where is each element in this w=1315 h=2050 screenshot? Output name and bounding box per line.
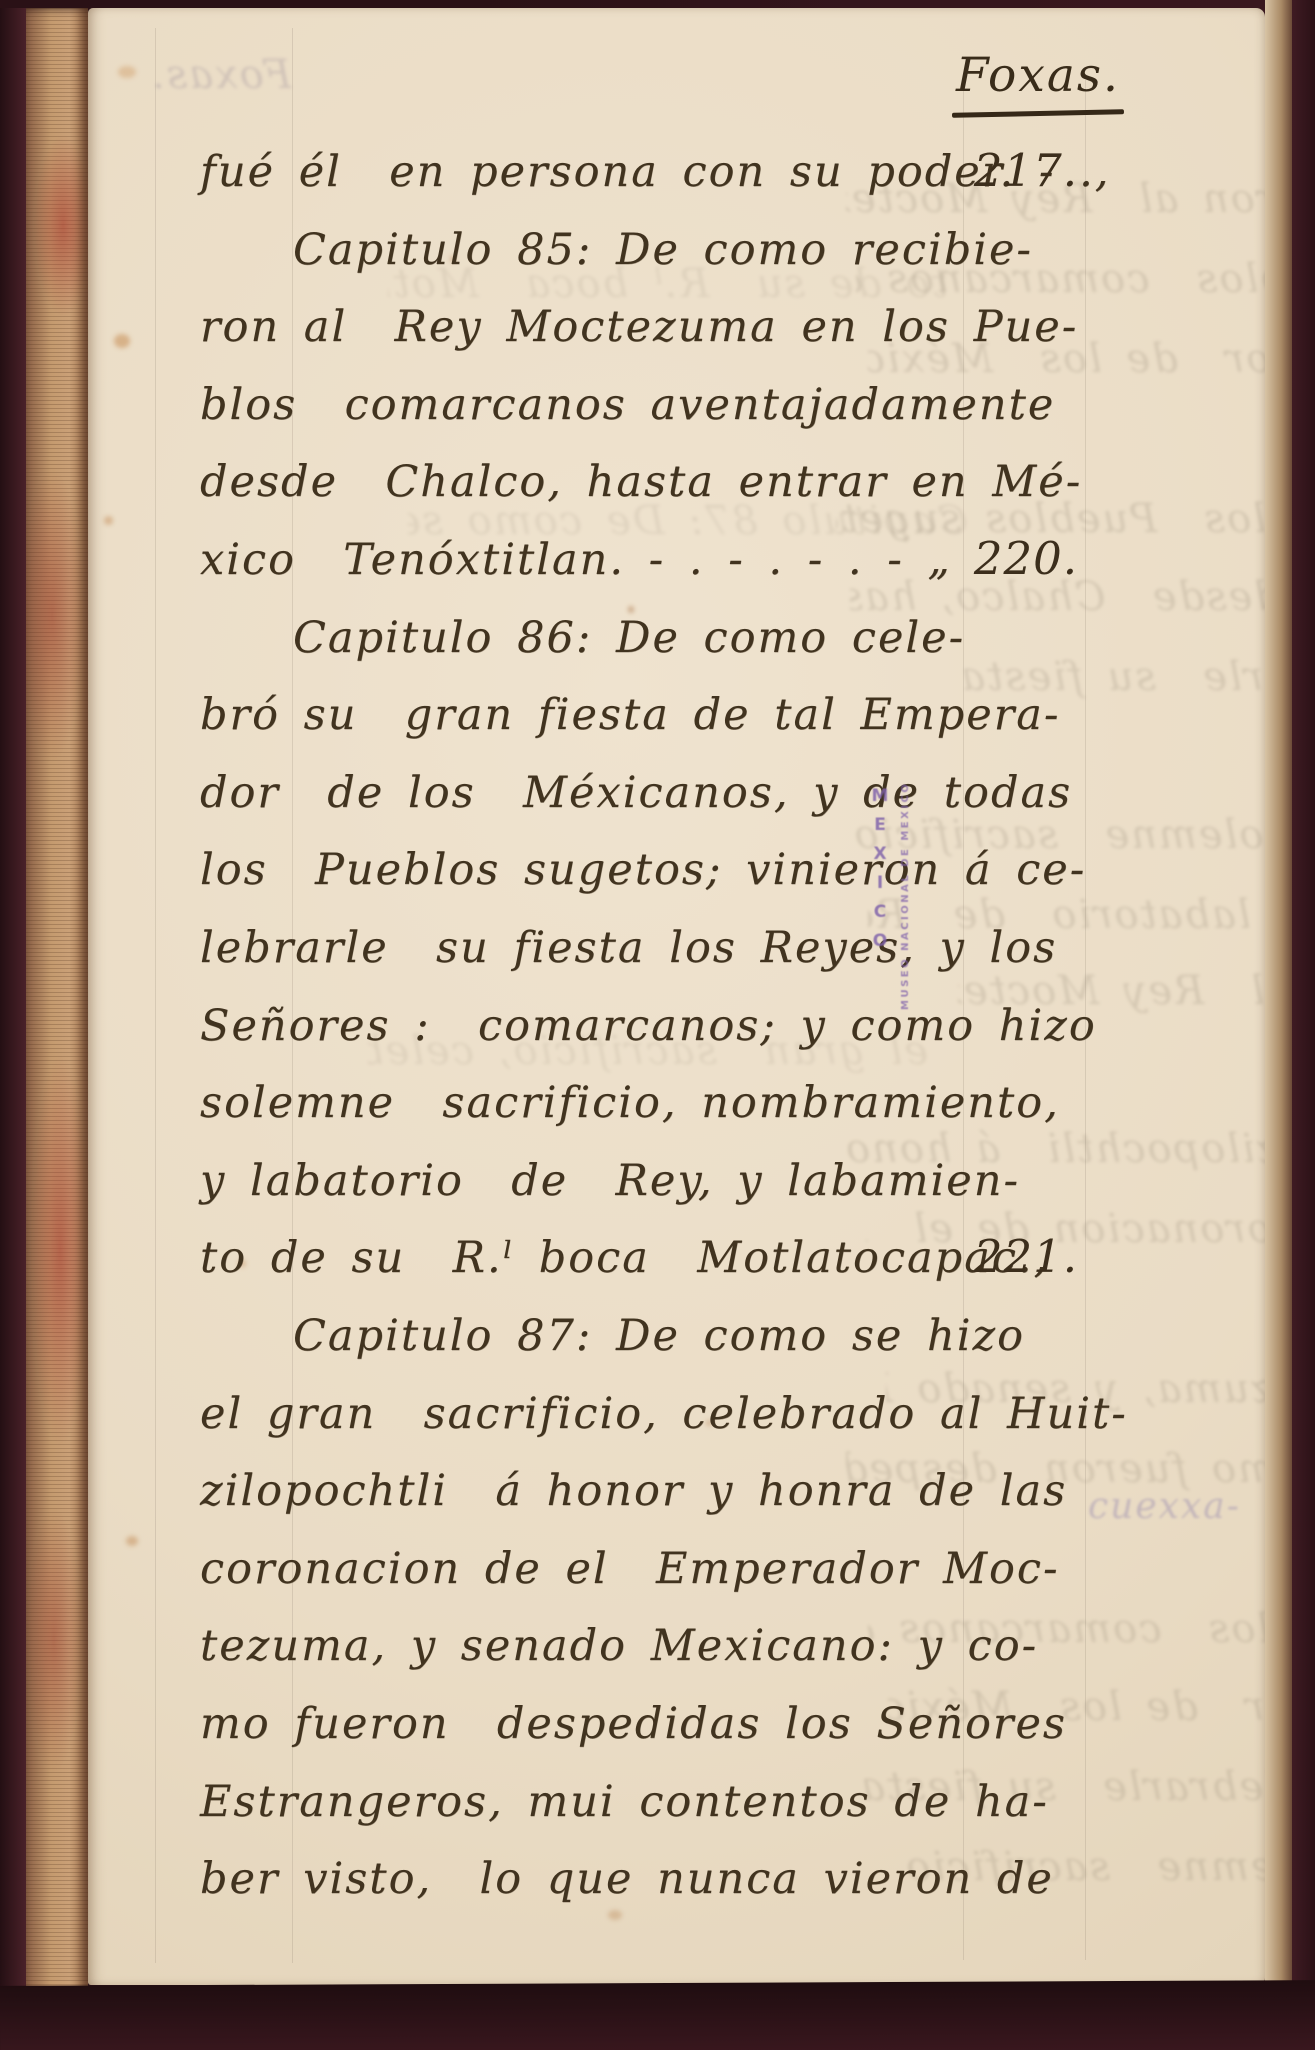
entry-line: xico Tenóxtitlan. - . - . - . - „ — [200, 535, 952, 585]
manuscript-photo: { "manuscript": { "header": { "folio_col… — [0, 0, 1315, 2050]
entry-line: bró su gran fiesta de tal Empera- — [200, 690, 1060, 740]
folio-column-header: Foxas. — [956, 48, 1120, 103]
folio-number: 217. — [966, 144, 1086, 197]
entry-line: el gran sacrificio, celebrado al Huit- — [200, 1389, 1128, 1439]
foxing-spot — [628, 606, 634, 613]
show-through-text: Foxas. — [150, 52, 291, 110]
page-fore-edge-sprinkled-red — [26, 0, 88, 2050]
entry-line: coronacion de el Emperador Moc- — [200, 1544, 1060, 1594]
book-cover-bottom — [0, 1980, 1315, 2050]
entry-line: desde Chalco, hasta entrar en Mé- — [200, 457, 1082, 507]
book-cover-top — [0, 0, 830, 8]
entry-line: dor de los Méxicanos, y de todas — [200, 768, 1072, 818]
entry-line: lebrarle su fiesta los Reyes, y los — [200, 923, 1057, 973]
entry-line-chapter-87: Capitulo 87: De como se hizo — [293, 1311, 1025, 1361]
foxing-spot — [118, 66, 136, 78]
foxing-spot — [114, 334, 130, 348]
archive-stamp-secondary: MUSEO NACIONAL DE MEXICO — [900, 760, 911, 1010]
book-cover-left — [0, 0, 26, 2050]
folio-number: 220. — [966, 532, 1086, 585]
entry-line: y labatorio de Rey, y labamien- — [200, 1156, 1020, 1206]
archive-stamp-mexico: MEXICO — [870, 786, 890, 960]
entry-line: blos comarcanos aventajadamente — [200, 380, 1055, 430]
entry-line: Estrangeros, mui contentos de ha- — [200, 1777, 1049, 1827]
foxing-spot — [104, 516, 113, 525]
foxing-spot — [126, 1536, 138, 1546]
entry-line: Señores : comarcanos; y como hizo — [200, 1001, 1097, 1051]
entry-line: mo fueron despedidas los Señores — [200, 1699, 1067, 1749]
margin-rule-left — [155, 28, 156, 1963]
entry-line: to de su R.ˡ boca Motlatocapac., — [200, 1233, 1049, 1283]
folio-number: 221. — [966, 1230, 1086, 1283]
entry-line-chapter-85: Capitulo 85: De como recibie- — [293, 225, 1033, 275]
entry-line: ron al Rey Moctezuma en los Pue- — [200, 302, 1078, 352]
entry-line: zilopochtli á honor y honra de las — [200, 1466, 1067, 1516]
entry-line: tezuma, y senado Mexicano: y co- — [200, 1621, 1038, 1671]
page-stack-edge-right — [1265, 0, 1292, 2050]
entry-line-chapter-86: Capitulo 86: De como cele- — [293, 613, 965, 663]
book-cover-right — [1292, 0, 1315, 2050]
entry-line: los Pueblos sugetos; vinieron á ce- — [200, 845, 1086, 895]
entry-line: solemne sacrificio, nombramiento, — [200, 1078, 1060, 1128]
entry-line: ber visto, lo que nunca vieron de — [200, 1854, 1054, 1904]
folio-header-underline — [952, 109, 1124, 118]
manuscript-page: Foxas. Foxas. ron al Rey Moctezuma en lo… — [88, 8, 1265, 1985]
foxing-spot — [608, 1910, 622, 1920]
show-through-word: cuexxa- — [1088, 1486, 1241, 1544]
